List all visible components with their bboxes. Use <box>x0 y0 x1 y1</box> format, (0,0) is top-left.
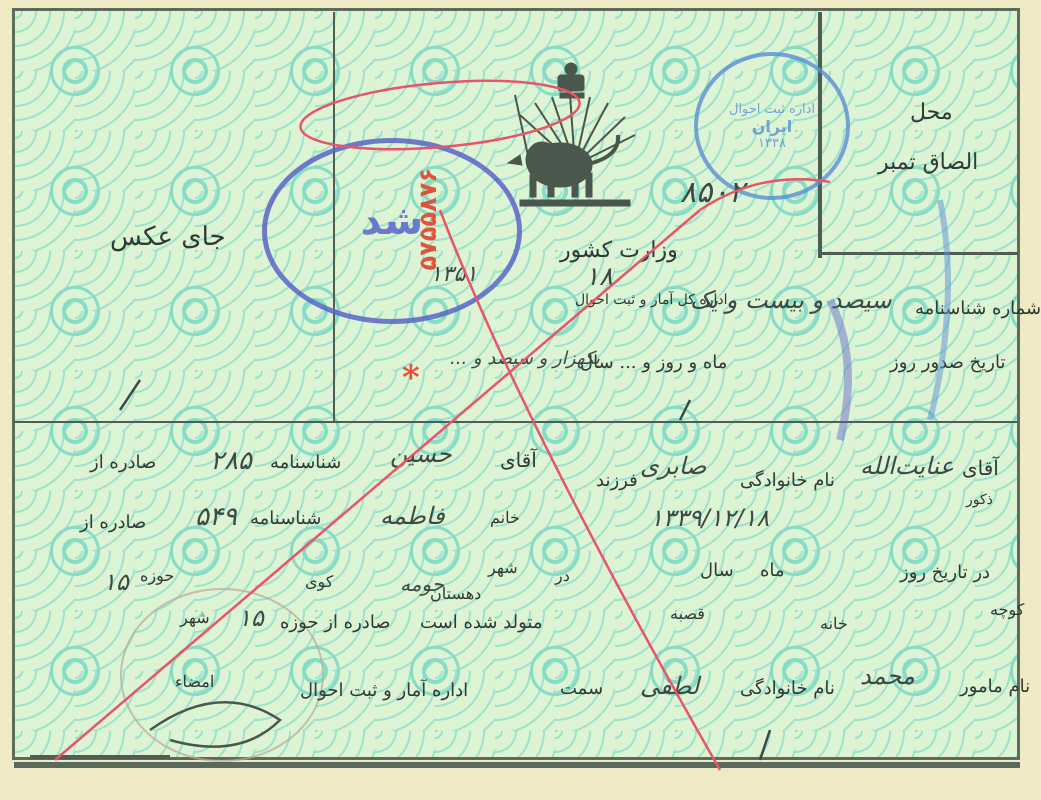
bottom-border <box>14 762 1020 768</box>
officer-family-label: نام خانوادگی <box>740 678 835 699</box>
ministry-title: وزارت کشور <box>560 238 678 263</box>
mother-title: خانم <box>490 508 520 527</box>
light-stamp-line3: ۱۳۳۸ <box>758 136 786 151</box>
mr-label: آقای <box>962 456 999 480</box>
birth-month-label: ماه <box>760 560 785 581</box>
mother-id-label: شناسنامه <box>250 508 321 529</box>
issued-from-zone-label: صادره از حوزه <box>280 612 391 633</box>
issue-date-label: تاریخ صدور روز <box>890 352 1005 373</box>
house-label: خانه <box>820 614 848 633</box>
born-label: متولد شده است <box>420 612 542 633</box>
blue-oval-stamp: شد <box>262 138 522 324</box>
id-number-label: شماره شناسنامه <box>915 298 1041 319</box>
officer-name: محمد <box>860 662 915 690</box>
father-id-value: ۲۸۵ <box>210 446 252 476</box>
birth-date-numeric: ۱۳۳۹/۱۲/۱۸ <box>650 504 769 532</box>
officer-label: نام مامور <box>960 676 1030 697</box>
father-name: حسین <box>390 440 452 468</box>
gender-note: ذکور <box>966 492 993 508</box>
signature-underline <box>30 755 170 759</box>
birth-year-label: سال <box>700 560 734 581</box>
street-label: کوچه <box>990 600 1024 619</box>
mother-issued-label: صادره از <box>80 512 146 533</box>
month-year-value: یکهزار و سیصد و ... <box>450 348 600 369</box>
photo-box-label: جای عکس <box>110 222 226 252</box>
stamp-box-bottom-border <box>818 252 1018 255</box>
birth-place-label: در <box>555 566 570 585</box>
light-stamp-line1: اداره ثبت احوال <box>729 102 815 117</box>
city-label: شهر <box>488 558 518 577</box>
lion-and-sun-emblem-icon <box>500 55 650 215</box>
horizontal-divider-main <box>14 421 1018 423</box>
stamp-box-label-line1: محل <box>910 100 953 125</box>
month-year-label: ماه و روز و ... سال <box>580 352 727 373</box>
handwritten-serial: ۸۵۰۲ <box>680 175 744 210</box>
city2-label: شهر <box>180 608 210 627</box>
id-number-value: سیصد و بیست و یک <box>690 286 892 314</box>
father-issued-label: صادره از <box>90 452 156 473</box>
document-page: جای عکس محل الصاق تمبر شد <box>0 0 1041 800</box>
office-label: اداره آمار و ثبت احوال <box>300 680 468 701</box>
red-serial-number: ۵۷۵۵۸۷۶ <box>414 168 442 271</box>
village-value: حومه <box>400 572 444 596</box>
mother-name: فاطمه <box>380 502 445 530</box>
signature-label: امضاء <box>175 672 214 691</box>
light-stamp-line2: ایران <box>752 117 793 136</box>
birth-date-label: در تاریخ روز <box>900 562 990 583</box>
issue-day-handwritten: ۱۸ <box>585 262 613 292</box>
section-label: سمت <box>560 678 603 699</box>
red-asterisk-mark: * <box>402 358 420 398</box>
district-label: کوی <box>305 572 333 591</box>
zone-label: حوزه <box>140 566 174 585</box>
town-label: قصبه <box>670 604 705 623</box>
given-name-value: عنایت‌الله <box>860 452 954 480</box>
stamp-year: ۱۳۵۱ <box>430 262 477 287</box>
father-title: آقای <box>500 448 537 472</box>
issued-zone-value: ۱۵ <box>238 604 264 632</box>
zone-value: ۱۵ <box>103 568 129 596</box>
mother-id-value: ۵۴۹ <box>195 502 237 532</box>
stamp-box-label-line2: الصاق تمبر <box>878 150 978 175</box>
family-name-label: نام خانوادگی <box>740 470 835 491</box>
father-id-label: شناسنامه <box>270 452 341 473</box>
family-name-value: صابری <box>640 452 706 480</box>
officer-family-value: لطفی <box>640 672 699 700</box>
child-of-label: فرزند <box>596 470 638 491</box>
